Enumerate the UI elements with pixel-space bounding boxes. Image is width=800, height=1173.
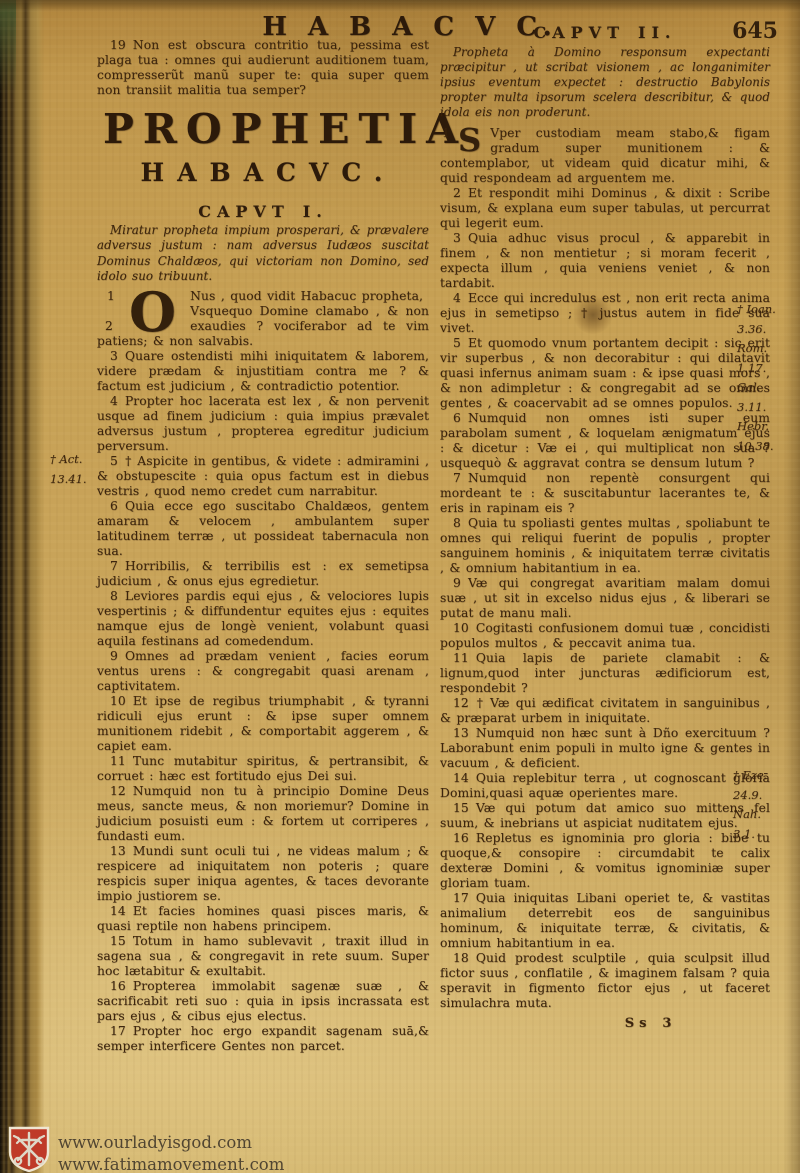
verse-text: Non est obscura contritio tua, pessima e… [97, 38, 429, 97]
margin-note-line: Gal. [737, 378, 799, 398]
verse-number: 17 [110, 1024, 126, 1038]
verse: 13Numquid non hæc sunt à Dño exercituum … [440, 726, 770, 771]
verse-text: Quia adhuc visus procul , & apparebit in… [440, 231, 770, 290]
verse-number: 9 [110, 649, 118, 663]
verse-number: 7 [110, 559, 118, 573]
papal-keys-shield-icon [8, 1126, 50, 1172]
verse-text: Totum in hamo sublevavit , traxit illud … [97, 934, 429, 978]
nahum-closing-verse: 19Non est obscura contritio tua, pessima… [97, 38, 429, 98]
margin-note-acts: † Act.13.41. [50, 450, 96, 489]
chapter2-opening: 1 S Vper custodiam meam stabo,& figam gr… [440, 126, 770, 186]
verse-number: 19 [110, 38, 126, 52]
verse-number: 9 [453, 576, 461, 590]
verse-number: 18 [453, 951, 469, 965]
verse-text: Quid prodest sculptile , quia sculpsit i… [440, 951, 770, 1010]
verse: 14Quia replebitur terra , ut cognoscant … [440, 771, 770, 801]
verse: 16Propterea immolabit sagenæ suæ , & sac… [97, 979, 429, 1024]
margin-note-line: 3.11. [737, 398, 799, 418]
verse-number: 13 [110, 844, 126, 858]
verse-number: 10 [453, 621, 469, 635]
verse-text: Horribilis, & terribilis est : ex semeti… [97, 559, 429, 588]
watermark: www.ourladyisgod.com www.fatimamovement.… [8, 1126, 284, 1173]
verse-text: Quia replebitur terra , ut cognoscant gl… [440, 771, 770, 800]
verse: 2Et respondit mihi Dominus , & dixit : S… [440, 186, 770, 231]
verse-number: 12 [110, 784, 126, 798]
verse-text: Quia tu spoliasti gentes multas , spolia… [440, 516, 770, 575]
verse-number: 6 [453, 411, 461, 425]
verse-text: Et respondit mihi Dominus , & dixit : Sc… [440, 186, 770, 230]
book-binding-edge [0, 0, 44, 1173]
verse-text: Omnes ad prædam venient , facies eorum v… [97, 649, 429, 693]
verse: 14Et facies homines quasi pisces maris, … [97, 904, 429, 934]
verse: 15Væ qui potum dat amico suo mittens fel… [440, 801, 770, 831]
verse: 18Quid prodest sculptile , quia sculpsit… [440, 951, 770, 1011]
right-edge-shadow [784, 0, 800, 1173]
margin-note-line: Nah. [733, 805, 795, 825]
chapter2-heading: CAPVT II. [440, 24, 770, 42]
verse-text: Quia lapis de pariete clamabit : & lignu… [440, 651, 770, 695]
margin-note-line: Rom. [737, 339, 799, 359]
margin-note-line: 24.9. [733, 786, 795, 806]
verse-number: 16 [110, 979, 126, 993]
verse-text: Ecce qui incredulus est , non erit recta… [440, 291, 770, 335]
verse-text: Numquid non repentè consurgent qui morde… [440, 471, 770, 515]
verse-text: Quia iniquitas Libani operiet te, & vast… [440, 891, 770, 950]
margin-note-line: 3.1. [733, 825, 795, 845]
verse-text: Tunc mutabitur spiritus, & pertransibit,… [97, 754, 429, 783]
verse: 10Cogitasti confusionem domui tuæ , conc… [440, 621, 770, 651]
signature-mark: Ss 3 [625, 1016, 770, 1031]
verse-text: Mundi sunt oculi tui , ne videas malum ;… [97, 844, 429, 903]
book-subtitle: HABACVC. [97, 159, 429, 187]
verse: 5† Aspicite in gentibus, & videte : admi… [97, 454, 429, 499]
verse: 3Quia adhuc visus procul , & apparebit i… [440, 231, 770, 291]
verse: 15Totum in hamo sublevavit , traxit illu… [97, 934, 429, 979]
margin-note-line: Hebr. [737, 417, 799, 437]
verse-text: Numquid non hæc sunt à Dño exercituum ? … [440, 726, 770, 770]
verse-text: Vper custodiam meam stabo,& figam gradum… [440, 126, 770, 186]
right-column: CAPVT II. Propheta à Domino responsum ex… [440, 24, 770, 1031]
verse-number: 7 [453, 471, 461, 485]
verse-text: † Væ qui ædificat civitatem in sanguinib… [440, 696, 770, 725]
verse-number: 1 [442, 126, 450, 141]
margin-note-cross-references: † Ioan.3.36.Rom.1.17.Gal.3.11.Hebr.10.38… [737, 300, 799, 456]
verse: 4Ecce qui incredulus est , non erit rect… [440, 291, 770, 336]
verse-number: 10 [110, 694, 126, 708]
verse-text: Propter hoc ergo expandit sagenam suā,& … [97, 1024, 429, 1053]
verse: 7Horribilis, & terribilis est : ex semet… [97, 559, 429, 589]
verse-number: 12 [453, 696, 469, 710]
verse-text: Leviores pardis equi ejus , & velociores… [97, 589, 429, 648]
chapter2-verses: 2Et respondit mihi Dominus , & dixit : S… [440, 186, 770, 1011]
verse: 7Numquid non repentè consurgent qui mord… [440, 471, 770, 516]
book-title: PROPHETIA [97, 108, 429, 151]
verse-number: 15 [110, 934, 126, 948]
watermark-text: www.ourladyisgod.com www.fatimamovement.… [58, 1132, 284, 1173]
watermark-url-2: www.fatimamovement.com [58, 1154, 284, 1173]
verse-number: 8 [453, 516, 461, 530]
verse-number: 17 [453, 891, 469, 905]
verse: 8Quia tu spoliasti gentes multas , spoli… [440, 516, 770, 576]
chapter2-argument: Propheta à Domino responsum expectanti p… [440, 45, 770, 121]
verse-number: 4 [110, 394, 118, 408]
verse: 6Quia ecce ego suscitabo Chaldæos, gente… [97, 499, 429, 559]
verse-text: Repletus es ignominia pro gloria : bibe … [440, 831, 770, 890]
verse: 12Numquid non tu à principio Domine Deus… [97, 784, 429, 844]
top-edge-shadow [0, 0, 800, 12]
drop-cap-initial: S [458, 127, 481, 154]
verse-text: Et facies homines quasi pisces maris, & … [97, 904, 429, 933]
verse: 9Omnes ad prædam venient , facies eorum … [97, 649, 429, 694]
verse-text: Numquid non omnes isti super eum parabol… [440, 411, 770, 470]
verse-text: Quare ostendisti mihi iniquitatem & labo… [97, 349, 429, 393]
verse: 3Quare ostendisti mihi iniquitatem & lab… [97, 349, 429, 394]
verse-number: 6 [110, 499, 118, 513]
verse-number: 16 [453, 831, 469, 845]
page-corner-shadow [0, 0, 16, 95]
verse-number: 11 [453, 651, 469, 665]
margin-note-line: † Act. [50, 450, 96, 470]
verse-number: 8 [110, 589, 118, 603]
verse-number: 15 [453, 801, 469, 815]
scanned-book-page: H A B A C V C. 645 19Non est obscura con… [0, 0, 800, 1173]
verse-text: Et ipse de regibus triumphabit , & tyran… [97, 694, 429, 753]
verse-text: † Aspicite in gentibus, & videte : admir… [97, 454, 429, 498]
left-column: 19Non est obscura contritio tua, pessima… [97, 38, 429, 1054]
verse: 17Propter hoc ergo expandit sagenam suā,… [97, 1024, 429, 1054]
verse: 16Repletus es ignominia pro gloria : bib… [440, 831, 770, 891]
verse-text: Numquid non tu à principio Domine Deus m… [97, 784, 429, 843]
verse-number: 1 [107, 289, 115, 304]
chapter1-argument: Miratur propheta impium prosperari, & pr… [97, 223, 429, 284]
verse-number: 5 [453, 336, 461, 350]
verse-number: 14 [453, 771, 469, 785]
verse-text: Væ qui congregat avaritiam malam domui s… [440, 576, 770, 620]
watermark-url-1: www.ourladyisgod.com [58, 1132, 284, 1154]
verse: 4Propter hoc lacerata est lex , & non pe… [97, 394, 429, 454]
verse: 17Quia iniquitas Libani operiet te, & va… [440, 891, 770, 951]
verse-number: 2 [453, 186, 461, 200]
verse: 11Quia lapis de pariete clamabit : & lig… [440, 651, 770, 696]
verse: 6Numquid non omnes isti super eum parabo… [440, 411, 770, 471]
verse-number: 3 [453, 231, 461, 245]
verse-text: Væ qui potum dat amico suo mittens fel s… [440, 801, 770, 830]
margin-note-line: † Ioan. [737, 300, 799, 320]
chapter1-heading: CAPVT I. [97, 203, 429, 221]
verse-text: Propterea immolabit sagenæ suæ , & sacri… [97, 979, 429, 1023]
chapter1-opening: 1 2 O Nus , quod vidit Habacuc propheta,… [97, 289, 429, 349]
verse-number: 3 [110, 349, 118, 363]
verse: 8Leviores pardis equi ejus , & velociore… [97, 589, 429, 649]
verse: 9Væ qui congregat avaritiam malam domui … [440, 576, 770, 621]
verse-number: 14 [110, 904, 126, 918]
margin-note-line: 10.38. [737, 437, 799, 457]
drop-cap-initial: O [129, 290, 176, 334]
verse: 13Mundi sunt oculi tui , ne videas malum… [97, 844, 429, 904]
verse-number: 4 [453, 291, 461, 305]
verse-text: Propter hoc lacerata est lex , & non per… [97, 394, 429, 453]
verse-text: Et quomodo vnum portantem decipit : sic … [440, 336, 770, 410]
margin-note-ezechiel-nahum: † Eze.24.9.Nah.3.1. [733, 766, 795, 844]
verse: 5Et quomodo vnum portantem decipit : sic… [440, 336, 770, 411]
margin-note-line: 3.36. [737, 320, 799, 340]
margin-note-line: 13.41. [50, 470, 96, 490]
verse-number: 11 [110, 754, 126, 768]
verse-number: 2 [105, 319, 113, 334]
verse-number: 5 [110, 454, 118, 468]
verse: 12† Væ qui ædificat civitatem in sanguin… [440, 696, 770, 726]
verse-number: 13 [453, 726, 469, 740]
verse-text: Quia ecce ego suscitabo Chaldæos, gentem… [97, 499, 429, 558]
verse: 11Tunc mutabitur spiritus, & pertransibi… [97, 754, 429, 784]
margin-note-line: † Eze. [733, 766, 795, 786]
verse: 10Et ipse de regibus triumphabit , & tyr… [97, 694, 429, 754]
margin-note-line: 1.17. [737, 359, 799, 379]
chapter1-verses: 3Quare ostendisti mihi iniquitatem & lab… [97, 349, 429, 1054]
verse-text: Cogitasti confusionem domui tuæ , concid… [440, 621, 770, 650]
